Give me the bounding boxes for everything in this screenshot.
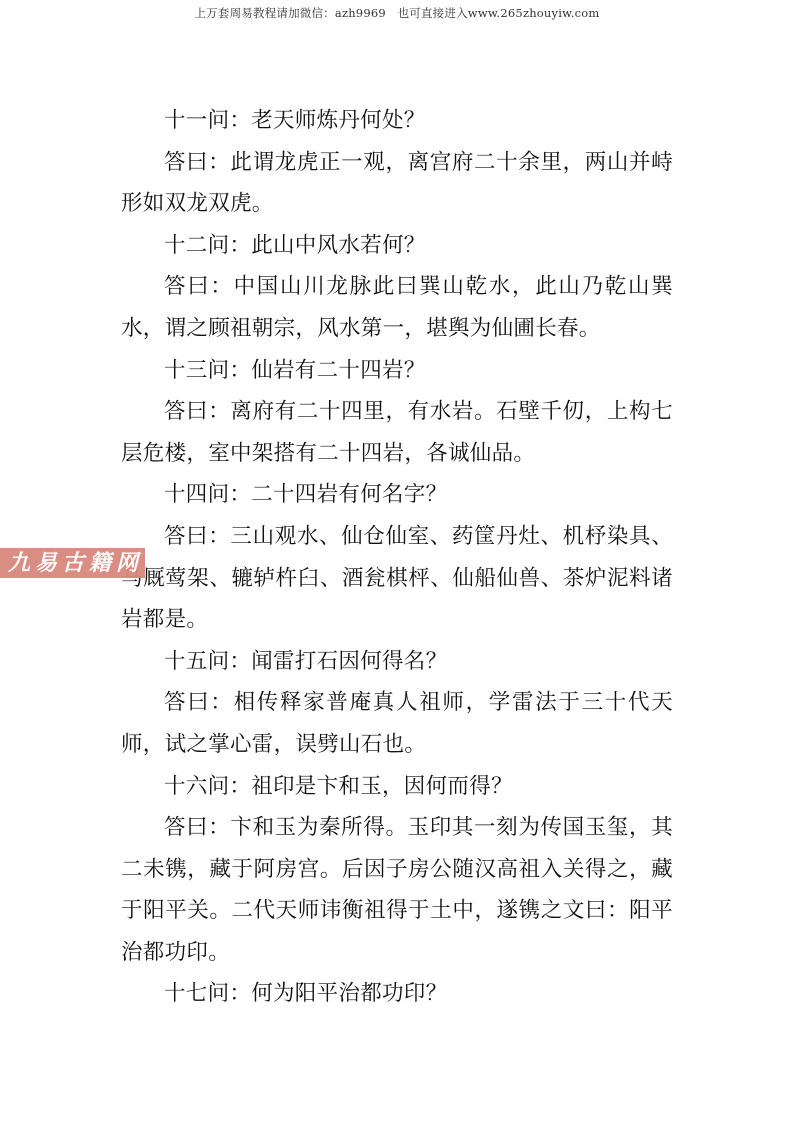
site-watermark-logo: 九易古籍网	[0, 548, 145, 578]
answer-16: 答曰：卞和玉为秦所得。玉印其一刻为传国玉玺，其二未镌，藏于阿房宫。后因子房公随汉…	[121, 807, 673, 973]
question-12: 十二问：此山中风水若何？	[121, 225, 673, 267]
page-header-banner: 上万套周易教程请加微信：azh9969 也可直接进入www.265zhouyiw…	[0, 5, 794, 21]
document-body: 十一问：老天师炼丹何处？ 答曰：此谓龙虎正一观，离宫府二十余里，两山并峙形如双龙…	[121, 100, 673, 1015]
answer-13: 答曰：离府有二十四里，有水岩。石壁千仞，上构七层危楼，室中架搭有二十四岩，各诚仙…	[121, 391, 673, 474]
question-14: 十四问：二十四岩有何名字？	[121, 474, 673, 516]
answer-12: 答曰：中国山川龙脉此曰巽山乾水，此山乃乾山巽水，谓之顾祖朝宗，风水第一，堪舆为仙…	[121, 266, 673, 349]
answer-15: 答曰：相传释家普庵真人祖师，学雷法于三十代天师，试之掌心雷，误劈山石也。	[121, 682, 673, 765]
answer-14: 答曰：三山观水、仙仓仙室、药筐丹灶、机杼染具、马厩莺架、辘轳杵臼、酒瓮棋枰、仙船…	[121, 516, 673, 641]
answer-11: 答曰：此谓龙虎正一观，离宫府二十余里，两山并峙形如双龙双虎。	[121, 142, 673, 225]
question-15: 十五问：闻雷打石因何得名？	[121, 641, 673, 683]
question-16: 十六问：祖印是卞和玉，因何而得？	[121, 766, 673, 808]
question-11: 十一问：老天师炼丹何处？	[121, 100, 673, 142]
question-13: 十三问：仙岩有二十四岩？	[121, 350, 673, 392]
question-17: 十七问：何为阳平治都功印？	[121, 973, 673, 1015]
